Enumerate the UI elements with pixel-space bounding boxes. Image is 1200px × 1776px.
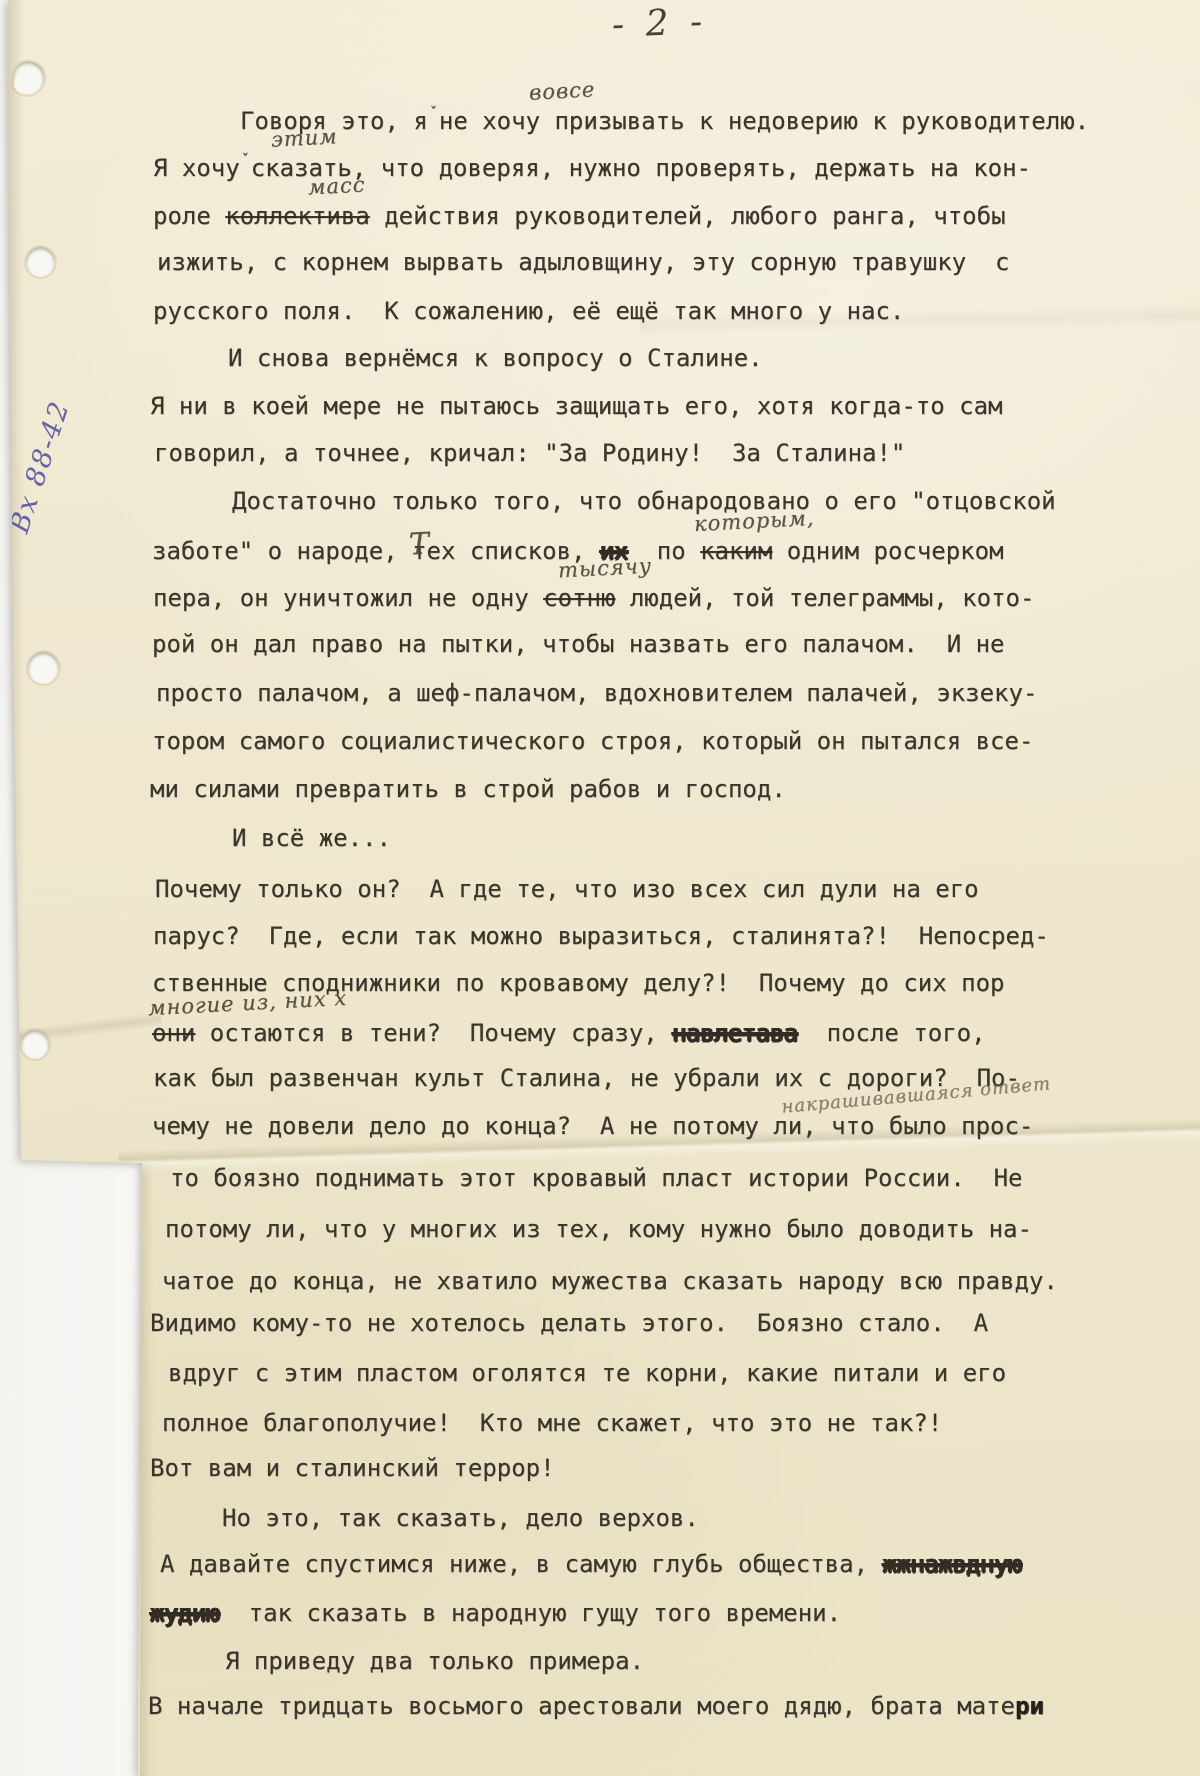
- handwritten-annotation: которым,: [693, 508, 814, 535]
- typed-text-layer: Говоря это, яˇне хочу призывать к недове…: [0, 0, 1200, 1776]
- typed-line: В начале тридцать восьмого арестовали мо…: [148, 1693, 1044, 1719]
- typed-line: Я ни в коей мере не пытаюсь защищать его…: [150, 393, 1003, 419]
- typed-line: чему не довели дело до конца? А не потом…: [152, 1113, 1033, 1139]
- typed-line: вдруг с этим пластом оголятся те корни, …: [168, 1360, 1006, 1386]
- typed-line: Достаточно только того, что обнародовано…: [232, 488, 1056, 514]
- typed-line: они остаются в тени? Почему сразу, навле…: [152, 1020, 986, 1046]
- typed-line: Вот вам и сталинский террор!: [150, 1455, 555, 1481]
- typed-text: Вот вам и сталинский террор!: [150, 1454, 555, 1482]
- typed-line: Я приведу два только примера.: [225, 1648, 644, 1674]
- typed-text: заботе" о народе, тех списков,: [152, 537, 600, 565]
- typed-text: полное благополучие! Кто мне скажет, что…: [162, 1409, 942, 1437]
- typed-text: Видимо кому-то не хотелось делать этого.…: [150, 1309, 988, 1337]
- typed-text: роле: [153, 202, 225, 230]
- typed-text: Я хочу: [153, 154, 240, 182]
- typed-text: рой он дал право на пытки, чтобы назвать…: [152, 630, 1005, 658]
- struck-out-text: они: [152, 1019, 195, 1047]
- typed-text: людей, той телеграммы, кото-: [615, 584, 1034, 612]
- typed-text: одним росчерком: [772, 537, 1003, 565]
- typed-line: И всё же...: [232, 825, 391, 851]
- typed-text: остаются в тени? Почему сразу,: [195, 1019, 672, 1047]
- insertion-caret-mark: ˇ: [429, 105, 438, 122]
- typed-text: вдруг с этим пластом оголятся те корни, …: [168, 1359, 1006, 1387]
- typed-line: Видимо кому-то не хотелось делать этого.…: [150, 1310, 988, 1336]
- handwritten-annotation: масс: [307, 175, 365, 199]
- scanned-page-wrapper: - 2 - Вх 88-42 Говоря это, яˇне хочу при…: [0, 0, 1200, 1776]
- typed-line: Но это, так сказать, дело верхов.: [222, 1505, 699, 1531]
- handwritten-annotation: тысячу: [557, 556, 652, 582]
- typed-line: пера, он уничтожил не одну сотню людей, …: [153, 585, 1034, 611]
- struck-out-text: каким: [700, 537, 772, 565]
- typed-line: тором самого социалистического строя, ко…: [152, 728, 1033, 754]
- typed-text: чатое до конца, не хватило мужества сказ…: [162, 1267, 1058, 1295]
- typed-line: потому ли, что у многих из тех, кому нуж…: [165, 1216, 1032, 1242]
- typed-line: А давайте спустимся ниже, в самую глубь …: [160, 1551, 1022, 1577]
- typed-text: А давайте спустимся ниже, в самую глубь …: [160, 1550, 882, 1578]
- struck-out-text: коллектива: [225, 202, 370, 230]
- typed-text: действия руководителей, любого ранга, чт…: [370, 202, 1006, 230]
- typed-line: Почему только он? А где те, что изо всех…: [155, 876, 979, 902]
- typed-line: полное благополучие! Кто мне скажет, что…: [162, 1410, 942, 1436]
- typed-line: парус? Где, если так можно выразиться, с…: [153, 923, 1049, 949]
- typed-text: Я приведу два только примера.: [225, 1647, 644, 1675]
- typed-line: просто палачом, а шеф-палачом, вдохновит…: [156, 680, 1037, 706]
- struck-out-text: сотню: [543, 584, 615, 612]
- typed-line: Я хочуˇсказать, что доверяя, нужно прове…: [153, 155, 1031, 181]
- struck-out-text: жудию: [150, 1599, 220, 1627]
- handwritten-annotation: вовсе: [528, 79, 595, 103]
- typed-text: И снова вернёмся к вопросу о Сталине.: [228, 344, 763, 372]
- typed-text: ми силами превратить в строй рабов и гос…: [150, 775, 786, 803]
- typed-text: Почему только он? А где те, что изо всех…: [155, 875, 979, 903]
- typed-text: И всё же...: [232, 824, 391, 852]
- typed-text: потому ли, что у многих из тех, кому нуж…: [165, 1215, 1032, 1243]
- typed-text: Но это, так сказать, дело верхов.: [222, 1504, 699, 1532]
- typed-text: русского поля. К сожалению, её ещё так м…: [153, 297, 904, 325]
- typed-line: говорил, а точнее, кричал: "За Родину! З…: [154, 440, 905, 466]
- typed-text: тором самого социалистического строя, ко…: [152, 727, 1033, 755]
- typed-line: роле коллектива действия руководителей, …: [153, 203, 1006, 229]
- typed-line: чатое до конца, не хватило мужества сказ…: [162, 1268, 1058, 1294]
- struck-out-text: жжнажвдную: [882, 1550, 1022, 1578]
- typed-text: изжить, с корнем вырвать адыловщину, эту…: [157, 248, 1010, 276]
- typed-text: не хочу призывать к недоверию к руководи…: [439, 107, 1089, 135]
- typed-line: русского поля. К сожалению, её ещё так м…: [153, 298, 904, 324]
- typed-text: сказать, что доверяя, нужно проверять, д…: [251, 154, 1031, 182]
- typed-line: то боязно поднимать этот кровавый пласт …: [170, 1165, 1023, 1191]
- typed-text: пера, он уничтожил не одну: [153, 584, 543, 612]
- struck-out-text: ри: [1015, 1692, 1044, 1720]
- typed-text: говорил, а точнее, кричал: "За Родину! З…: [154, 439, 905, 467]
- typed-text: чему не довели дело до конца? А не потом…: [152, 1112, 1033, 1140]
- typed-line: И снова вернёмся к вопросу о Сталине.: [228, 345, 763, 371]
- typed-text: Я ни в коей мере не пытаюсь защищать его…: [150, 392, 1003, 420]
- typed-line: изжить, с корнем вырвать адыловщину, эту…: [157, 249, 1010, 275]
- typed-text: просто палачом, а шеф-палачом, вдохновит…: [156, 679, 1037, 707]
- handwritten-annotation: этим: [271, 126, 339, 150]
- typed-text: парус? Где, если так можно выразиться, с…: [153, 922, 1049, 950]
- typed-text: то боязно поднимать этот кровавый пласт …: [170, 1164, 1023, 1192]
- typed-text: В начале тридцать восьмого арестовали мо…: [148, 1692, 1015, 1720]
- typed-line: ми силами превратить в строй рабов и гос…: [150, 776, 786, 802]
- typed-line: жудию так сказать в народную гущу того в…: [150, 1600, 841, 1626]
- paper-sheet: - 2 - Вх 88-42 Говоря это, яˇне хочу при…: [0, 0, 1200, 1776]
- typed-text: после того,: [798, 1019, 986, 1047]
- insertion-caret-mark: ˇ: [241, 152, 250, 169]
- typed-text: Достаточно только того, что обнародовано…: [232, 487, 1056, 515]
- handwritten-annotation: Т: [408, 529, 431, 560]
- typed-line: рой он дал право на пытки, чтобы назвать…: [152, 631, 1005, 657]
- typed-line: Говоря это, яˇне хочу призывать к недове…: [240, 108, 1089, 134]
- struck-out-text: навлетава: [672, 1019, 798, 1047]
- typed-text: так сказать в народную гущу того времени…: [220, 1599, 841, 1627]
